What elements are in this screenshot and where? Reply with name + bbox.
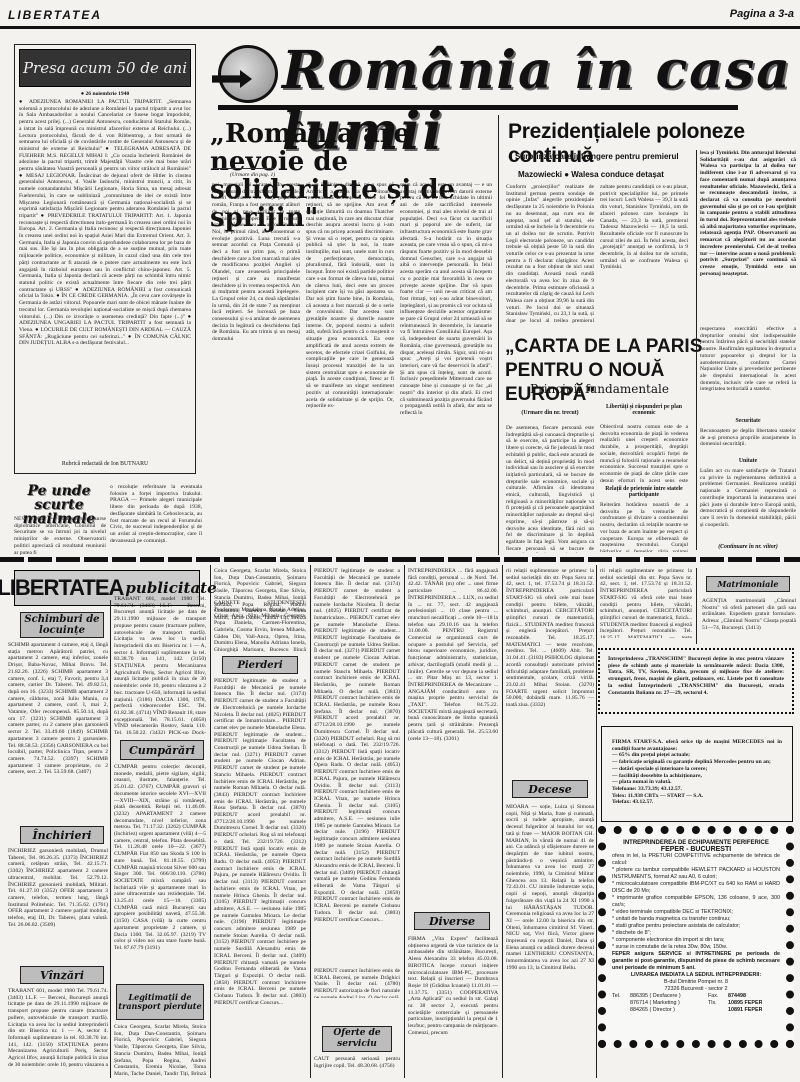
presa-column: Presa acum 50 de ani ● 26 noiembrie 1940… bbox=[14, 44, 196, 474]
carta-col-3c: Luăm act cu mare satisfacție de Tratatul… bbox=[700, 468, 796, 540]
category-cumparari: Cumpărări bbox=[120, 740, 204, 760]
carta-col-2b: Reiterăm hotărârea noastră de a dezvolta… bbox=[600, 502, 688, 552]
column-rule bbox=[498, 115, 499, 555]
matrimoniale-text: AGENȚIA matrimonială „Căminul Nostru" vă… bbox=[702, 598, 796, 644]
masthead-rule bbox=[0, 26, 800, 29]
category-schimburi: Schimburi de locuințe bbox=[20, 612, 104, 638]
banner-rule bbox=[218, 105, 738, 110]
category-matrimoniale: Matrimoniale bbox=[706, 576, 790, 592]
mercedes-item: — plata numai în valută. bbox=[612, 779, 782, 786]
presa-body: ● ADEZIUNEA ROMÂNIEI LA PACTUL TRIPARTIT… bbox=[19, 99, 191, 455]
polonia-subhead-2: Mazowiecki ● Walesa conduce detașat bbox=[518, 170, 664, 179]
globe-icon bbox=[218, 45, 278, 103]
feper-item: * statii grafice pentru proiectare asist… bbox=[612, 923, 780, 930]
cumparari-text: CUMPĂR pentru colecție: decorații, moned… bbox=[114, 764, 206, 974]
oferte-text: CAUT persoană serioasă pentru îngrijire … bbox=[314, 1056, 400, 1076]
category-oferte: Oferte de serviciu bbox=[322, 1026, 392, 1052]
category-decese: Decese bbox=[512, 780, 588, 798]
polonia-subhead-1: ● Surprinzătoare înfrângere pentru premi… bbox=[508, 152, 679, 161]
decese-text: MIOARA — soție, Luiza și Simona copii, N… bbox=[506, 804, 594, 1076]
mercedes-telefax: Telefax: 43.12.57. bbox=[612, 799, 782, 806]
feper-address-2: 72326 Bucuresti - sector 2 bbox=[612, 986, 780, 993]
pe-unde-col-1: NEW YORK — Conform unor surse diplomatic… bbox=[14, 516, 106, 556]
publicitate-banner-name: LIBERTATEA bbox=[0, 575, 123, 601]
feper-item: * componente electronice din import si d… bbox=[612, 937, 780, 944]
feper-tlx: 10895 FEPER bbox=[728, 1000, 762, 1007]
feper-item: * video terminale compatibile DEC si TEK… bbox=[612, 909, 780, 916]
schimburi-text: SCHIMB apartament 4 camere, etaj 4, lâng… bbox=[8, 642, 108, 822]
carta-section-unity: Unitate bbox=[700, 458, 796, 464]
column-rule bbox=[404, 565, 405, 1078]
feper-tlx: 10891 FEPER bbox=[728, 1007, 762, 1014]
category-diverse: Diverse bbox=[414, 912, 490, 930]
column-rule bbox=[210, 565, 211, 1078]
column-rule bbox=[696, 568, 697, 644]
feper-item: * unitati de banda magnetica cu transfer… bbox=[612, 916, 780, 923]
newspaper-name: LIBERTATEA bbox=[8, 8, 102, 22]
column-rule bbox=[696, 150, 697, 550]
feper-intro: ofera in lei, la PRETURI COMPETITIVE ech… bbox=[612, 853, 780, 867]
carta-col-3b: Recunoaștem pe deplin libertatea statelo… bbox=[700, 428, 796, 450]
diverse-text: FIRMA „Vita Expres" facilitează obținere… bbox=[408, 936, 498, 1076]
section-divider bbox=[0, 557, 800, 562]
mercedes-intro: FIRMA START-S.A. oferă orice tip de mași… bbox=[612, 739, 782, 752]
feper-tel-label: Tel. bbox=[612, 993, 626, 1014]
carta-footer: (Continuare în nr. viitor) bbox=[700, 544, 796, 550]
transchim-text: Întreprinderea „TRANSCHIM" București deț… bbox=[608, 656, 784, 708]
feper-item: * microcalculatoare compatibile IBM-PC/X… bbox=[612, 881, 780, 895]
category-vinzari: Vînzări bbox=[20, 966, 104, 984]
carta-section-economic: Libertăți și răspunderi pe plan economic bbox=[600, 404, 688, 416]
feper-ad: INTREPRINDEREA DE ECHIPAMENTE PERIFERICE… bbox=[598, 826, 794, 1048]
continuation-note: (Urmare din pag. 1) bbox=[230, 172, 275, 178]
romania-col-3: spun că aceasta este un avantaj — e un a… bbox=[400, 182, 492, 550]
romania-col-2: ră, în întâlnirea directă, mi-a spus că … bbox=[306, 182, 394, 550]
mercedes-item: — 65% din prețul pieței actuale; bbox=[612, 752, 782, 759]
intreprinderi-text: ÎNTREPRINDEREA ... fără angajează fără c… bbox=[408, 568, 498, 882]
polonia-col-1: Conform „proiecțiilor" realizate de Inst… bbox=[506, 184, 594, 324]
info-text: rii relații suplimentare se primesc la s… bbox=[506, 568, 594, 718]
feper-fax-label: Fax. bbox=[708, 993, 724, 1000]
pierderi-text-cont: PIERDUT legitimație de student a Facultă… bbox=[314, 568, 400, 964]
feper-item: * surse in comutatie de la retea 30w, 80… bbox=[612, 944, 780, 951]
page-number: Pagina a 3-a bbox=[730, 8, 794, 20]
polonia-col-3: lesa și Tymiński. Din anturajul liderulu… bbox=[700, 150, 796, 322]
publicitate-banner-word: publicitate bbox=[125, 579, 216, 597]
mercedes-item: — dotări speciale și interioare la cerer… bbox=[612, 766, 782, 773]
feper-item: * dischete de 8"; bbox=[612, 930, 780, 937]
column-rule bbox=[502, 565, 503, 1078]
mercedes-item: — fabricație originală cu garanție depli… bbox=[612, 759, 782, 766]
feper-contacts: Tel. 886395 ( Desfacere ) 876714 ( Marke… bbox=[612, 993, 780, 1014]
feper-fax: 874498 bbox=[728, 993, 762, 1000]
mercedes-phones: Telefoane: 33.73.39; 43.12.57. bbox=[612, 786, 782, 793]
feper-item: * imprimante grafice compatibile EPSON, … bbox=[612, 895, 780, 909]
mercedes-telex: Telex: 11.938 CBTx — START — S.A. bbox=[612, 793, 782, 800]
carta-col-2: Obiectivul nostru comun este de a dezvol… bbox=[600, 424, 688, 482]
legitimatii-text: Coica Georgeta, Scarlat Mirela, Stoica I… bbox=[114, 1024, 206, 1078]
carta-col-1: De asemenea, fiecare persoană este îndre… bbox=[506, 425, 594, 553]
vinzari-text-cont: TRABANT 601, model 1980 Tel. 79.61.74. (… bbox=[114, 596, 206, 734]
carta-col-3: respectarea exercitării efective a drept… bbox=[700, 326, 796, 398]
inchirieri-text: ÎNCHIRIEZ garsonieră mobilată, Drumul Ta… bbox=[8, 848, 108, 960]
feper-tel: 886395 ( Desfacere ) bbox=[630, 993, 704, 1000]
carta-headline: „CARTA DE LA PARIS PENTRU O NOUĂ EUROPĂ" bbox=[505, 335, 705, 407]
feper-title-2: FEPER - BUCURESTI bbox=[612, 846, 780, 853]
feper-tel: 884265 ( Director ) bbox=[630, 1007, 704, 1014]
transchim-ad: Întreprinderea „TRANSCHIM" București deț… bbox=[598, 648, 794, 714]
mercedes-ad: FIRMA START-S.A. oferă orice tip de mași… bbox=[601, 726, 793, 822]
category-pierderi: Pierderi bbox=[222, 656, 298, 674]
presa-date: ● 26 noiembrie 1940 bbox=[19, 91, 191, 97]
pierderi-text: PIERDUT legitimație de student a Facultă… bbox=[214, 678, 306, 1078]
carta-continuation: (Urmare din nr. trecut) bbox=[506, 410, 594, 416]
feper-tlx-label: Tlx. bbox=[708, 1000, 724, 1007]
category-legitimatii: Legitimații de transport pierdute bbox=[116, 984, 204, 1020]
feper-tel: 876714 ( Marketing ) bbox=[630, 1000, 704, 1007]
feper-address-1: B-dul Dimitrie Pompei nr. 8 bbox=[612, 979, 780, 986]
carnete-text: CARNETE STUDENȚEȘTI: Teodorescu Magdalen… bbox=[214, 600, 306, 652]
vinzari-text: TRABANT 601, model 1980 Tel. 79.61.74. (… bbox=[8, 988, 108, 1068]
divider bbox=[214, 168, 274, 169]
polonia-col-2: zultate pentru candidații ce s-au plasat… bbox=[600, 184, 688, 324]
pierderi2-text: PIERDUT contract închiriere emis de ICRA… bbox=[314, 968, 400, 998]
carta-section-security: Securitate bbox=[700, 418, 796, 424]
psiholog-text: rii relații suplimentare se primesc la s… bbox=[600, 568, 692, 638]
romania-col-1: noi materiali ai Franței. În aceste ulti… bbox=[212, 182, 300, 550]
carta-subheading: Principii fundamentale bbox=[530, 382, 669, 396]
column-rule bbox=[310, 565, 311, 1078]
presa-credit: Rubrică redactată de Ion BUTNARU bbox=[15, 461, 195, 467]
mercedes-item: — facilități deosebite la achiziționare, bbox=[612, 773, 782, 780]
presa-title: Presa acum 50 de ani bbox=[19, 49, 191, 87]
carta-section-relations: Relații de prietenie între statele parti… bbox=[600, 486, 688, 498]
category-inchirieri: Închirieri bbox=[20, 826, 104, 844]
feper-livrare: LIVRAREA IMEDIATA LA SEDIUL INTREPRINDER… bbox=[612, 972, 780, 979]
pe-unde-col-2: o rezoluție referitoare la eventuala fol… bbox=[110, 484, 202, 556]
column-rule bbox=[596, 565, 597, 1078]
feper-service: FEPER asigura SERVICE si INTRETINERE pe … bbox=[612, 951, 780, 972]
column-rule bbox=[110, 600, 111, 1078]
feper-item: * plotere cu tambur compatibile HEWLETT … bbox=[612, 867, 780, 881]
